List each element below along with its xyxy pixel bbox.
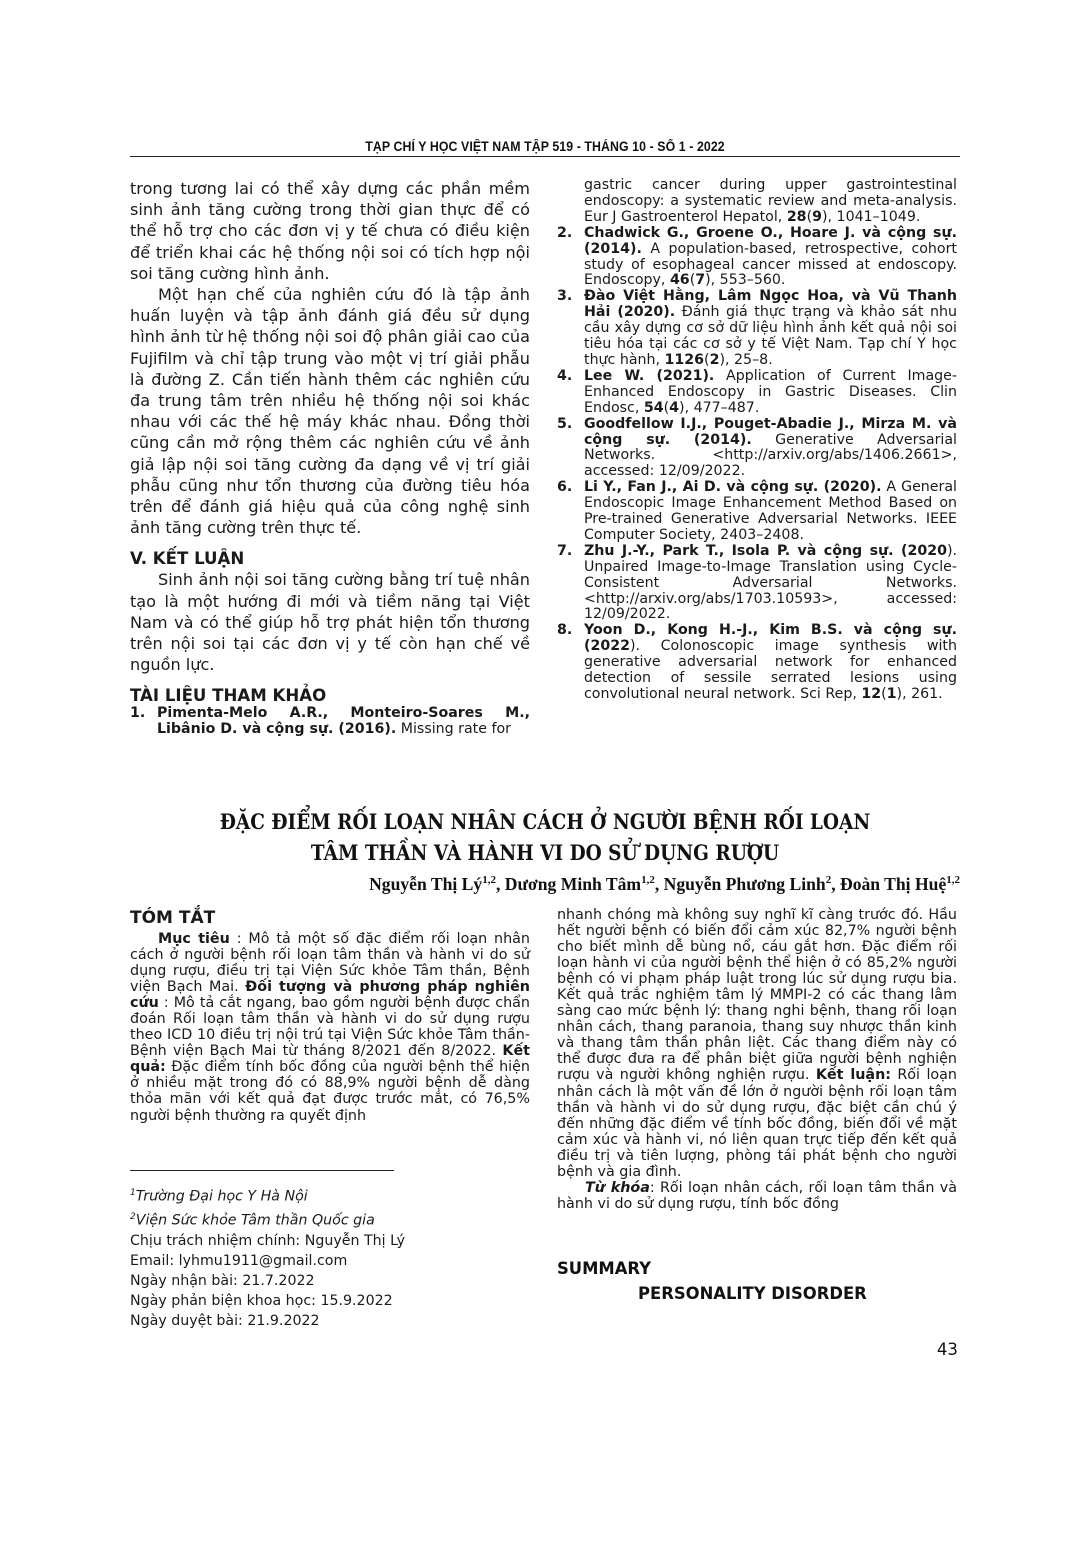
separator: , <box>496 874 505 894</box>
reference-number: 8. <box>557 623 572 639</box>
reference-pages: ), 25–8. <box>719 352 772 368</box>
results-text-continued: nhanh chóng mà không suy nghĩ kĩ càng tr… <box>557 907 957 1083</box>
author-affiliation: 1,2 <box>641 874 655 886</box>
results-text: Đặc điểm tính bốc đồng của người bệnh th… <box>130 1059 530 1123</box>
reference-item: 2. Chadwick G., Groene O., Hoare J. và c… <box>557 226 957 290</box>
reference-item: 8. Yoon D., Kong H.-J., Kim B.S. và cộng… <box>557 623 957 703</box>
page-number: 43 <box>930 1340 958 1359</box>
reference-item: 1. Pimenta-Melo A.R., Monteiro-Soares M.… <box>130 706 530 738</box>
reference-number: 6. <box>557 480 572 496</box>
reference-number: 5. <box>557 417 572 433</box>
reference-item: 4. Lee W. (2021). Application of Current… <box>557 369 957 417</box>
author-affiliation: 1,2 <box>946 874 960 886</box>
reference-volume: 28 <box>787 209 807 225</box>
reference-item: 3. Đào Việt Hằng, Lâm Ngọc Hoa, và Vũ Th… <box>557 289 957 369</box>
date-received: Ngày nhận bài: 21.7.2022 <box>130 1271 530 1291</box>
reference-pages: ), 477–487. <box>679 400 759 416</box>
running-header: TẠP CHÍ Y HỌC VIỆT NAM TẬP 519 - THÁNG 1… <box>163 139 927 154</box>
reference-issue: 2 <box>710 352 720 368</box>
summary-title: PERSONALITY DISORDER <box>638 1284 867 1303</box>
conclusion-heading: V. KẾT LUẬN <box>130 548 530 569</box>
reference-pages: ), 261. <box>897 686 943 702</box>
article-title: ĐẶC ĐIỂM RỐI LOẠN NHÂN CÁCH Ở NGƯỜI BỆNH… <box>188 807 902 869</box>
reference-pages: ), 553–560. <box>705 272 785 288</box>
abstract-paragraph: Mục tiêu : Mô tả một số đặc điểm rối loạ… <box>130 931 530 1124</box>
methods-text: : Mô tả cắt ngang, bao gồm người bệnh đư… <box>130 995 530 1059</box>
author-name: Dương Minh Tâm <box>505 874 641 894</box>
affiliation-2: 2Viện Sức khỏe Tâm thần Quốc gia <box>130 1207 530 1231</box>
journal-page: TẠP CHÍ Y HỌC VIỆT NAM TẬP 519 - THÁNG 1… <box>0 0 1090 1541</box>
author-list: Nguyễn Thị Lý1,2, Dương Minh Tâm1,2, Ngu… <box>140 874 960 895</box>
author-name: Nguyễn Thị Lý <box>369 874 482 894</box>
reference-item: 6. Li Y., Fan J., Ai D. và cộng sự. (202… <box>557 480 957 544</box>
reference-issue: 1 <box>887 686 897 702</box>
footnotes: 1Trường Đại học Y Hà Nội 2Viện Sức khỏe … <box>130 1183 530 1331</box>
reference-issue: 7 <box>695 272 705 288</box>
reference-list-right: gastric cancer during upper gastrointest… <box>557 178 957 703</box>
discussion-paragraph: trong tương lai có thể xây dựng các phần… <box>130 178 530 284</box>
separator: , <box>831 874 840 894</box>
right-column-top: gastric cancer during upper gastrointest… <box>557 178 957 703</box>
author-name: Đoàn Thị Huệ <box>840 874 946 894</box>
reference-text-start: Missing rate for <box>396 721 511 737</box>
reference-volume: 54 <box>644 400 664 416</box>
abstract-left-column: TÓM TẮT Mục tiêu : Mô tả một số đặc điểm… <box>130 908 530 1124</box>
abstract-paragraph-continued: nhanh chóng mà không suy nghĩ kĩ càng tr… <box>557 907 957 1180</box>
conclusion-text: Rối loạn nhân cách là một vấn đề lớn ở n… <box>557 1067 957 1179</box>
reference-number: 1. <box>130 706 145 722</box>
email: Email: lyhmu1911@gmail.com <box>130 1251 530 1271</box>
date-reviewed: Ngày phản biện khoa học: 15.9.2022 <box>130 1291 530 1311</box>
discussion-paragraph: Một hạn chế của nghiên cứu đó là tập ảnh… <box>130 284 530 538</box>
reference-issue: 9 <box>812 209 822 225</box>
reference-item-continued: gastric cancer during upper gastrointest… <box>557 178 957 226</box>
article-title-line: ĐẶC ĐIỂM RỐI LOẠN NHÂN CÁCH Ở NGƯỜI BỆNH… <box>188 807 902 838</box>
reference-issue: 4 <box>669 400 679 416</box>
corresponding-author: Chịu trách nhiệm chính: Nguyễn Thị Lý <box>130 1231 530 1251</box>
conclusion-text: Sinh ảnh nội soi tăng cường bằng trí tuệ… <box>130 569 530 675</box>
affiliation-text: Trường Đại học Y Hà Nội <box>136 1189 308 1205</box>
reference-volume: 12 <box>861 686 881 702</box>
objective-label: Mục tiêu <box>158 931 230 947</box>
reference-authors: Lee W. (2021). <box>584 368 714 384</box>
header-rule <box>130 156 960 157</box>
reference-list-left: 1. Pimenta-Melo A.R., Monteiro-Soares M.… <box>130 706 530 738</box>
affiliation-1: 1Trường Đại học Y Hà Nội <box>130 1183 530 1207</box>
reference-volume: 1126 <box>665 352 705 368</box>
reference-number: 2. <box>557 226 572 242</box>
author-affiliation: 1,2 <box>482 874 496 886</box>
reference-volume: 46 <box>670 272 690 288</box>
author-name: Nguyễn Phương Linh <box>664 874 826 894</box>
footnote-rule <box>130 1170 394 1171</box>
keywords-label: Từ khóa <box>585 1180 650 1196</box>
reference-number: 4. <box>557 369 572 385</box>
date-accepted: Ngày duyệt bài: 21.9.2022 <box>130 1311 530 1331</box>
reference-pages: ), 1041–1049. <box>822 209 920 225</box>
abstract-heading: TÓM TẮT <box>130 908 530 929</box>
reference-item: 7. Zhu J.-Y., Park T., Isola P. và cộng … <box>557 544 957 624</box>
summary-heading: SUMMARY <box>557 1259 651 1278</box>
left-column-top: trong tương lai có thể xây dựng các phần… <box>130 178 530 738</box>
reference-number: 3. <box>557 289 572 305</box>
affiliation-text: Viện Sức khỏe Tâm thần Quốc gia <box>136 1213 375 1229</box>
reference-item: 5. Goodfellow I.J., Pouget-Abadie J., Mi… <box>557 417 957 481</box>
abstract-right-column: nhanh chóng mà không suy nghĩ kĩ càng tr… <box>557 907 957 1212</box>
separator: , <box>655 874 664 894</box>
references-heading: TÀI LIỆU THAM KHẢO <box>130 685 530 706</box>
reference-authors: Zhu J.-Y., Park T., Isola P. và cộng sự.… <box>584 543 947 559</box>
conclusion-label: Kết luận: <box>816 1067 891 1083</box>
keywords-paragraph: Từ khóa: Rối loạn nhân cách, rối loạn tâ… <box>557 1180 957 1212</box>
article-title-line: TÂM THẦN VÀ HÀNH VI DO SỬ DỤNG RƯỢU <box>188 838 902 869</box>
reference-authors: Li Y., Fan J., Ai D. và cộng sự. (2020). <box>584 479 882 495</box>
reference-number: 7. <box>557 544 572 560</box>
